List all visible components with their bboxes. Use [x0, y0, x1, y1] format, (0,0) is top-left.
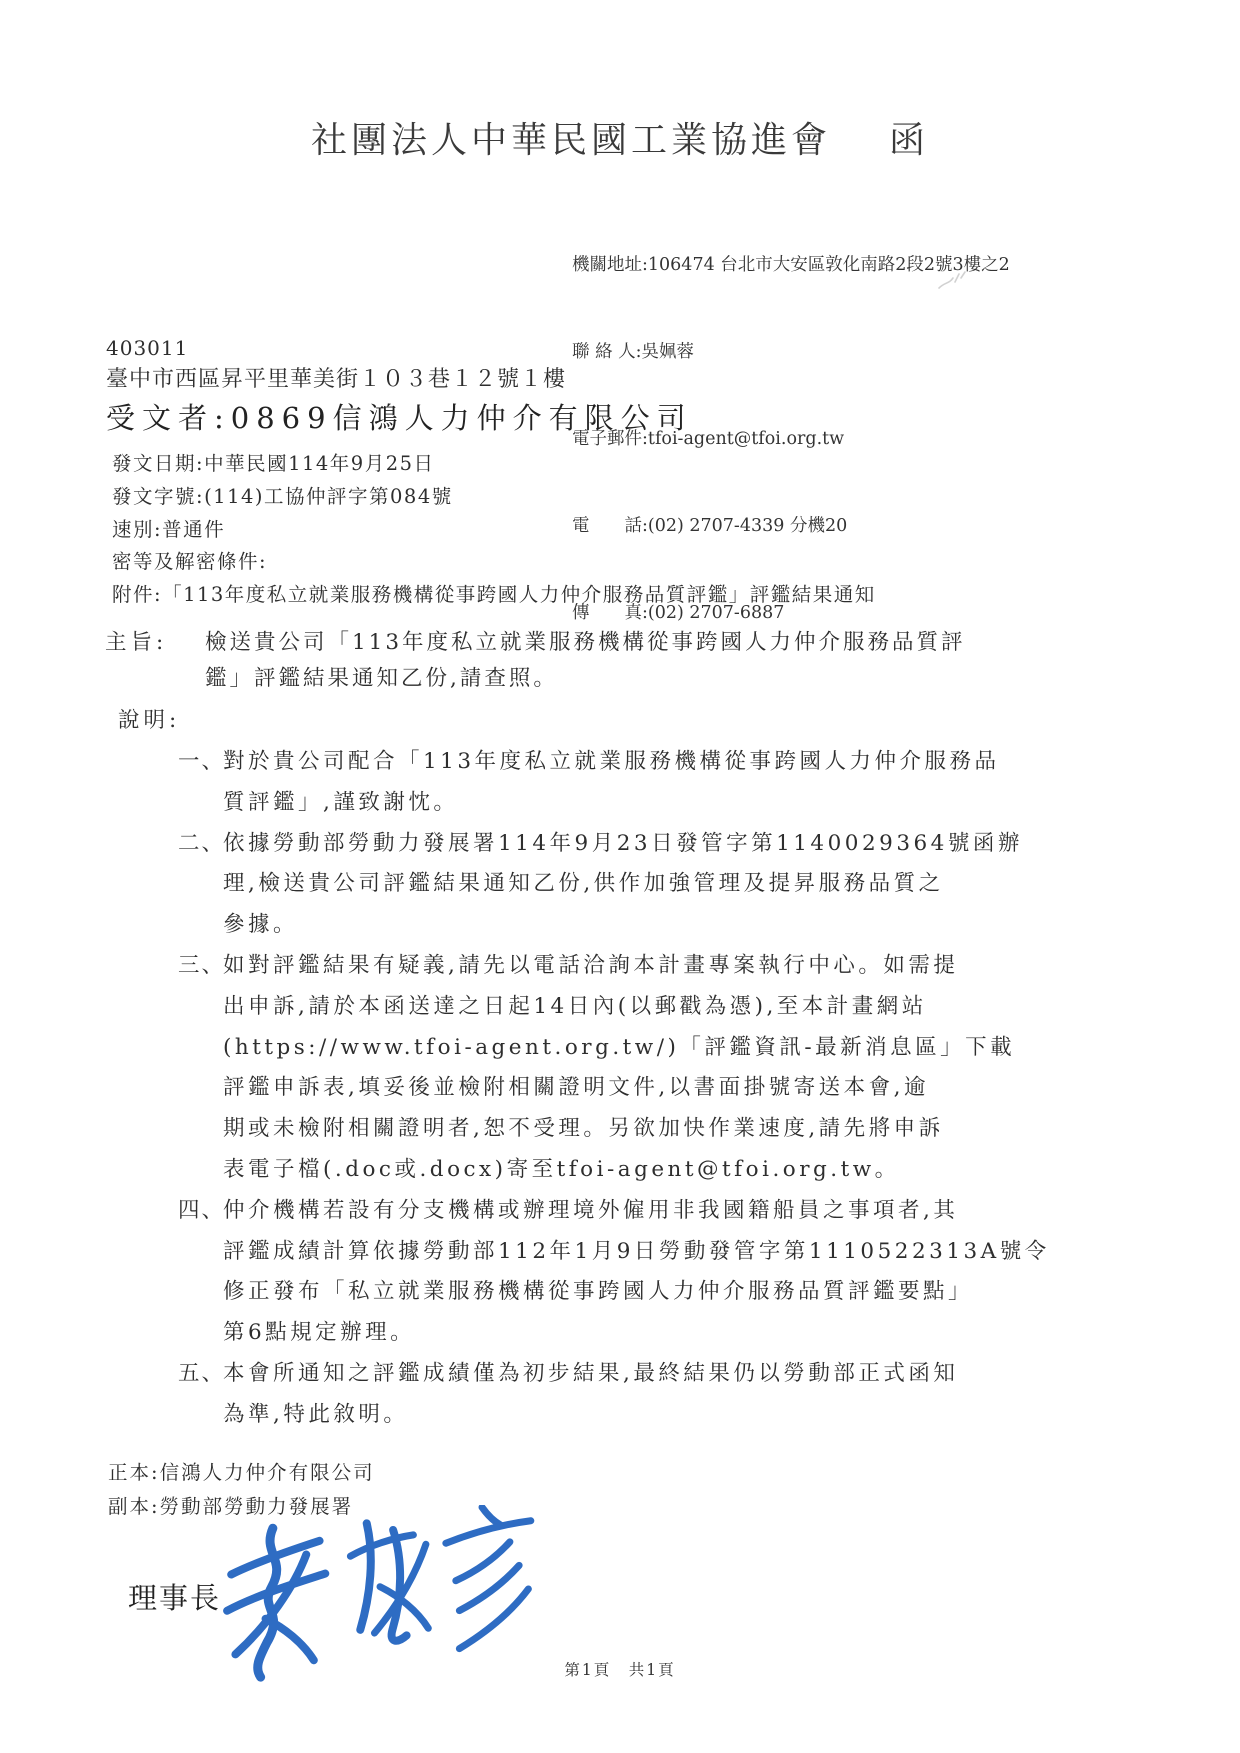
- classification-row: 密等及解密條件:: [112, 546, 876, 579]
- classification-label: 密等及解密條件:: [112, 546, 267, 579]
- subject-line: 鑑」評鑑結果通知乙份,請查照。: [205, 661, 966, 697]
- issue-date-label: 發文日期:: [112, 448, 204, 481]
- original-copy-value: 信鴻人力仲介有限公司: [160, 1456, 375, 1490]
- subject-line: 檢送貴公司「113年度私立就業服務機構從事跨國人力仲介服務品質評: [205, 625, 966, 661]
- priority-value: 普通件: [162, 514, 225, 547]
- document-meta-block: 發文日期: 中華民國114年9月25日 發文字號: (114)工協仲評字第084…: [112, 448, 876, 612]
- subject-label: 主旨:: [105, 625, 205, 697]
- list-item: 四、 仲介機構若設有分支機構或辦理境外僱用非我國籍船員之事項者,其 評鑑成績計算…: [178, 1191, 1050, 1354]
- page-number: 第1頁 共1頁: [0, 1658, 1240, 1680]
- item-number: 五、: [178, 1354, 223, 1436]
- item-number: 三、: [178, 946, 223, 1191]
- item-line: 依據勞動部勞動力發展署114年9月23日發管字第1140029364號函辦: [223, 824, 1050, 865]
- sender-address-label: 機關地址:: [572, 251, 648, 280]
- original-copy-row: 正本: 信鴻人力仲介有限公司: [108, 1456, 375, 1490]
- item-line: 理,檢送貴公司評鑑結果通知乙份,供作加強管理及提昇服務品質之: [223, 864, 1050, 905]
- explanation-label: 說明:: [118, 703, 180, 734]
- reference-number-value: (114)工協仲評字第084號: [204, 481, 453, 514]
- sender-contact-label: 聯 絡 人:: [572, 338, 642, 367]
- attachment-value: 「113年度私立就業服務機構從事跨國人力仲介服務品質評鑑」評鑑結果通知: [162, 579, 876, 612]
- recipient-address: 臺中市西區昇平里華美街１０３巷１２號１樓: [106, 362, 566, 393]
- item-line: 本會所通知之評鑑成績僅為初步結果,最終結果仍以勞動部正式函知: [223, 1354, 1050, 1395]
- item-line: 參據。: [223, 905, 1050, 946]
- item-text: 如對評鑑結果有疑義,請先以電話洽詢本計畫專案執行中心。如需提 出申訴,請於本函送…: [223, 946, 1050, 1191]
- cc-copy-label: 副本:: [108, 1490, 160, 1524]
- attachment-row: 附件: 「113年度私立就業服務機構從事跨國人力仲介服務品質評鑑」評鑑結果通知: [112, 579, 876, 612]
- item-line: 對於貴公司配合「113年度私立就業服務機構從事跨國人力仲介服務品: [223, 742, 1050, 783]
- item-line: 出申訴,請於本函送達之日起14日內(以郵戳為憑),至本計畫網站: [223, 987, 1050, 1028]
- item-text: 仲介機構若設有分支機構或辦理境外僱用非我國籍船員之事項者,其 評鑑成績計算依據勞…: [223, 1191, 1050, 1354]
- item-line: 評鑑申訴表,填妥後並檢附相關證明文件,以書面掛號寄送本會,逾: [223, 1068, 1050, 1109]
- pencil-mark-artifact: [935, 268, 971, 294]
- item-number: 二、: [178, 824, 223, 946]
- list-item: 二、 依據勞動部勞動力發展署114年9月23日發管字第1140029364號函辦…: [178, 824, 1050, 946]
- item-line: 仲介機構若設有分支機構或辦理境外僱用非我國籍船員之事項者,其: [223, 1191, 1050, 1232]
- issue-date-row: 發文日期: 中華民國114年9月25日: [112, 448, 876, 481]
- organization-name: 社團法人中華民國工業協進會: [311, 120, 831, 161]
- item-text: 本會所通知之評鑑成績僅為初步結果,最終結果仍以勞動部正式函知 為準,特此敘明。: [223, 1354, 1050, 1436]
- recipient-label: 受文者:: [106, 401, 231, 435]
- item-line: 如對評鑑結果有疑義,請先以電話洽詢本計畫專案執行中心。如需提: [223, 946, 1050, 987]
- recipient-row: 受文者:0869信鴻人力仲介有限公司: [106, 396, 693, 437]
- item-line: 修正發布「私立就業服務機構從事跨國人力仲介服務品質評鑑要點」: [223, 1272, 1050, 1313]
- priority-row: 速別: 普通件: [112, 514, 876, 547]
- reference-number-label: 發文字號:: [112, 481, 204, 514]
- item-line: 第6點規定辦理。: [223, 1313, 1050, 1354]
- item-line: 期或未檢附相關證明者,恕不受理。另欲加快作業速度,請先將申訴: [223, 1109, 1050, 1150]
- item-line: (https://www.tfoi-agent.org.tw/)「評鑑資訊-最新…: [223, 1028, 1050, 1069]
- item-number: 四、: [178, 1191, 223, 1354]
- item-line: 評鑑成績計算依據勞動部112年1月9日勞動發管字第1110522313A號令: [223, 1232, 1050, 1273]
- sender-contact-row: 聯 絡 人: 吳姵蓉: [572, 338, 1010, 367]
- original-copy-label: 正本:: [108, 1456, 160, 1490]
- recipient-postal-code: 403011: [106, 336, 188, 360]
- item-line: 表電子檔(.doc或.docx)寄至tfoi-agent@tfoi.org.tw…: [223, 1150, 1050, 1191]
- item-number: 一、: [178, 742, 223, 824]
- recipient-name: 0869信鴻人力仲介有限公司: [231, 401, 693, 435]
- reference-number-row: 發文字號: (114)工協仲評字第084號: [112, 481, 876, 514]
- sender-contact-value: 吳姵蓉: [642, 338, 695, 367]
- issue-date-value: 中華民國114年9月25日: [204, 448, 434, 481]
- attachment-label: 附件:: [112, 579, 162, 612]
- document-type: 函: [889, 120, 929, 161]
- document-title: 社團法人中華民國工業協進會函: [0, 112, 1240, 163]
- official-letter-page: 社團法人中華民國工業協進會函 機關地址: 106474 台北市大安區敦化南路2段…: [0, 0, 1240, 1753]
- subject-block: 主旨: 檢送貴公司「113年度私立就業服務機構從事跨國人力仲介服務品質評 鑑」評…: [105, 625, 966, 697]
- list-item: 三、 如對評鑑結果有疑義,請先以電話洽詢本計畫專案執行中心。如需提 出申訴,請於…: [178, 946, 1050, 1191]
- item-line: 質評鑑」,謹致謝忱。: [223, 783, 1050, 824]
- item-text: 對於貴公司配合「113年度私立就業服務機構從事跨國人力仲介服務品 質評鑑」,謹致…: [223, 742, 1050, 824]
- priority-label: 速別:: [112, 514, 162, 547]
- explanation-items: 一、 對於貴公司配合「113年度私立就業服務機構從事跨國人力仲介服務品 質評鑑」…: [178, 742, 1050, 1436]
- item-line: 為準,特此敘明。: [223, 1395, 1050, 1436]
- list-item: 一、 對於貴公司配合「113年度私立就業服務機構從事跨國人力仲介服務品 質評鑑」…: [178, 742, 1050, 824]
- item-text: 依據勞動部勞動力發展署114年9月23日發管字第1140029364號函辦 理,…: [223, 824, 1050, 946]
- list-item: 五、 本會所通知之評鑑成績僅為初步結果,最終結果仍以勞動部正式函知 為準,特此敘…: [178, 1354, 1050, 1436]
- subject-text: 檢送貴公司「113年度私立就業服務機構從事跨國人力仲介服務品質評 鑑」評鑑結果通…: [205, 625, 966, 697]
- sender-info-block: 機關地址: 106474 台北市大安區敦化南路2段2號3樓之2 聯 絡 人: 吳…: [572, 193, 1010, 686]
